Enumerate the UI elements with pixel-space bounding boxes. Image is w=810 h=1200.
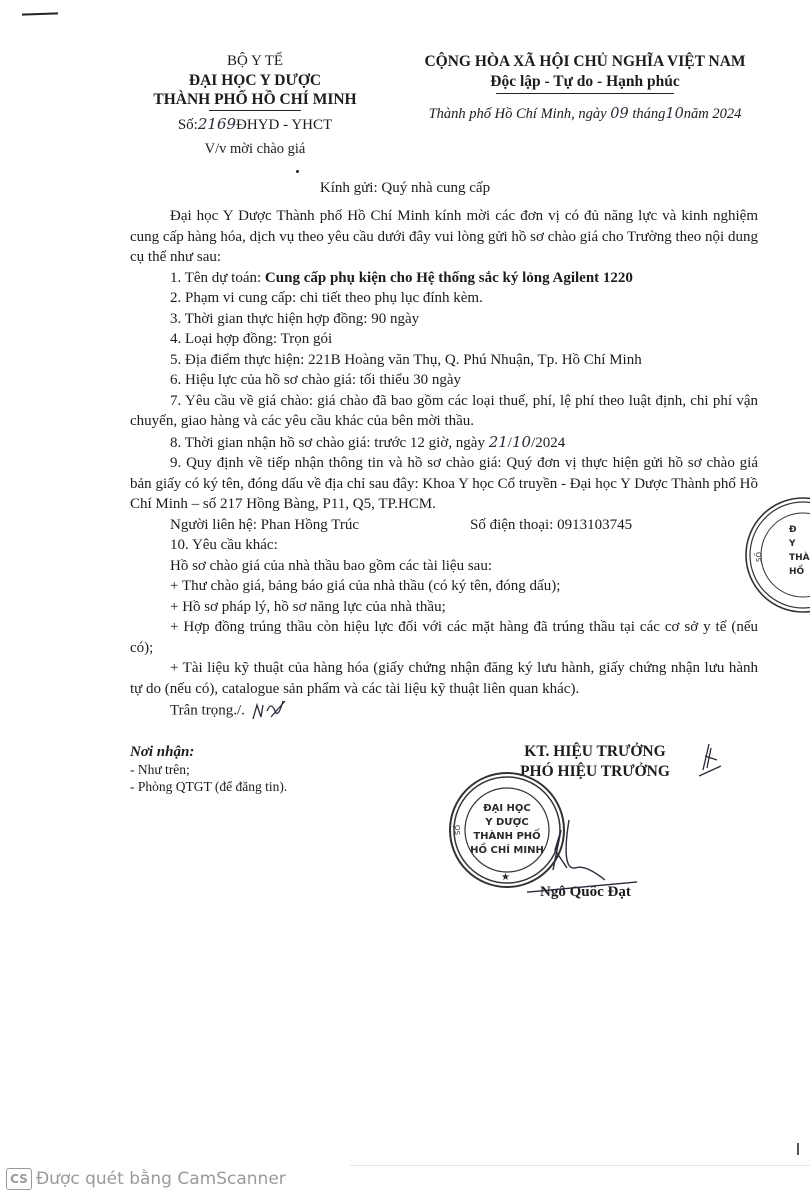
handwritten-day: 09 (610, 106, 628, 122)
partial-seal-edge: Đ Y THÀ HỒ SỐ (743, 495, 810, 615)
intro-paragraph: Đại học Y Dược Thành phố Hồ Chí Minh kín… (130, 206, 758, 268)
scan-corner-mark (22, 12, 58, 15)
watermark-text: Được quét bằng CamScanner (36, 1169, 286, 1189)
project-name: Cung cấp phụ kiện cho Hệ thống sắc ký lỏ… (265, 270, 633, 286)
handwritten-doc-number: 2169 (198, 115, 236, 133)
motto-underline (496, 93, 674, 94)
national-header: CỘNG HÒA XÃ HỘI CHỦ NGHĨA VIỆT NAM Độc l… (400, 52, 770, 126)
partial-seal-text: Đ Y THÀ HỒ (789, 523, 810, 579)
contact-person: Người liên hệ: Phan Hồng Trúc (130, 515, 470, 536)
item-9: 9. Quy định về tiếp nhận thông tin và hồ… (130, 453, 758, 515)
issuer-header: BỘ Y TẾ ĐẠI HỌC Y DƯỢC THÀNH PHỐ HỒ CHÍ … (110, 52, 400, 162)
handwritten-signature-icon (527, 790, 727, 900)
doc-requirement-b: + Hồ sơ pháp lý, hồ sơ năng lực của nhà … (130, 597, 758, 618)
item-10: 10. Yêu cầu khác: (130, 535, 758, 556)
item-1: 1. Tên dự toán: Cung cấp phụ kiện cho Hệ… (130, 268, 758, 289)
recipient-1: - Như trên; (130, 761, 287, 778)
camscanner-logo-icon: CS (6, 1168, 32, 1190)
contact-row: Người liên hệ: Phan Hồng Trúc Số điện th… (130, 515, 758, 536)
handwritten-month: 10 (665, 106, 683, 122)
item-6: 6. Hiệu lực của hồ sơ chào giá: tối thiể… (130, 370, 758, 391)
recipients-block: Nơi nhận: - Như trên; - Phòng QTGT (để đ… (130, 743, 287, 795)
national-motto: Độc lập - Tự do - Hạnh phúc (400, 72, 770, 91)
official-stamp: ĐẠI HỌC Y DƯỢC THÀNH PHỐ HỒ CHÍ MINH SỐ … (447, 770, 567, 890)
recipient-2: - Phòng QTGT (để đăng tin). (130, 778, 287, 795)
scanner-watermark: CS Được quét bằng CamScanner (6, 1168, 286, 1190)
item-3: 3. Thời gian thực hiện hợp đồng: 90 ngày (130, 309, 758, 330)
item-2: 2. Phạm vi cung cấp: chi tiết theo phụ l… (130, 288, 758, 309)
greeting: Kính gửi: Quý nhà cung cấp (0, 180, 810, 197)
closing: Trân trọng./. (130, 699, 758, 723)
contact-phone: Số điện thoại: 0913103745 (470, 515, 632, 536)
handwritten-deadline-day: 21 (489, 433, 508, 451)
handwritten-deadline-month: 10 (512, 433, 531, 451)
country-name: CỘNG HÒA XÃ HỘI CHỦ NGHĨA VIỆT NAM (400, 52, 770, 72)
initials-signature-icon (249, 699, 289, 723)
scan-bottom-edge (350, 1165, 810, 1166)
university-name-line2: THÀNH PHỐ HỒ CHÍ MINH (110, 90, 400, 109)
ministry-name: BỘ Y TẾ (110, 52, 400, 71)
docs-intro: Hồ sơ chào giá của nhà thầu bao gồm các … (130, 556, 758, 577)
place-and-date: Thành phố Hồ Chí Minh, ngày 09 tháng10nă… (400, 102, 770, 126)
partial-seal-side-text: SỐ (755, 552, 763, 562)
stamp-star-icon: ★ (501, 872, 510, 883)
stamp-side-text: SỐ (454, 825, 462, 835)
doc-requirement-d: + Tài liệu kỹ thuật của hàng hóa (giấy c… (130, 658, 758, 699)
header-underline (209, 110, 301, 111)
doc-requirement-a: + Thư chào giá, bảng báo giá của nhà thầ… (130, 576, 758, 597)
university-name-line1: ĐẠI HỌC Y DƯỢC (110, 71, 400, 90)
signer-authority: KT. HIỆU TRƯỞNG (480, 742, 710, 762)
item-7: 7. Yêu cầu về giá chào: giá chào đã bao … (130, 391, 758, 432)
doc-requirement-c: + Hợp đồng trúng thầu còn hiệu lực đối v… (130, 617, 758, 658)
scan-edge-mark (797, 1143, 799, 1155)
item-5: 5. Địa điểm thực hiện: 221B Hoàng văn Th… (130, 350, 758, 371)
item-4: 4. Loại hợp đồng: Trọn gói (130, 329, 758, 350)
margin-initial-icon (695, 742, 725, 782)
document-subject: V/v mời chào giá (110, 136, 400, 162)
recipients-title: Nơi nhận: (130, 743, 287, 761)
document-number: Số:2169ĐHYD - YHCT (110, 113, 400, 136)
ink-dot (296, 170, 299, 173)
letter-body: Đại học Y Dược Thành phố Hồ Chí Minh kín… (130, 206, 758, 723)
item-8: 8. Thời gian nhận hồ sơ chào giá: trước … (130, 432, 758, 454)
